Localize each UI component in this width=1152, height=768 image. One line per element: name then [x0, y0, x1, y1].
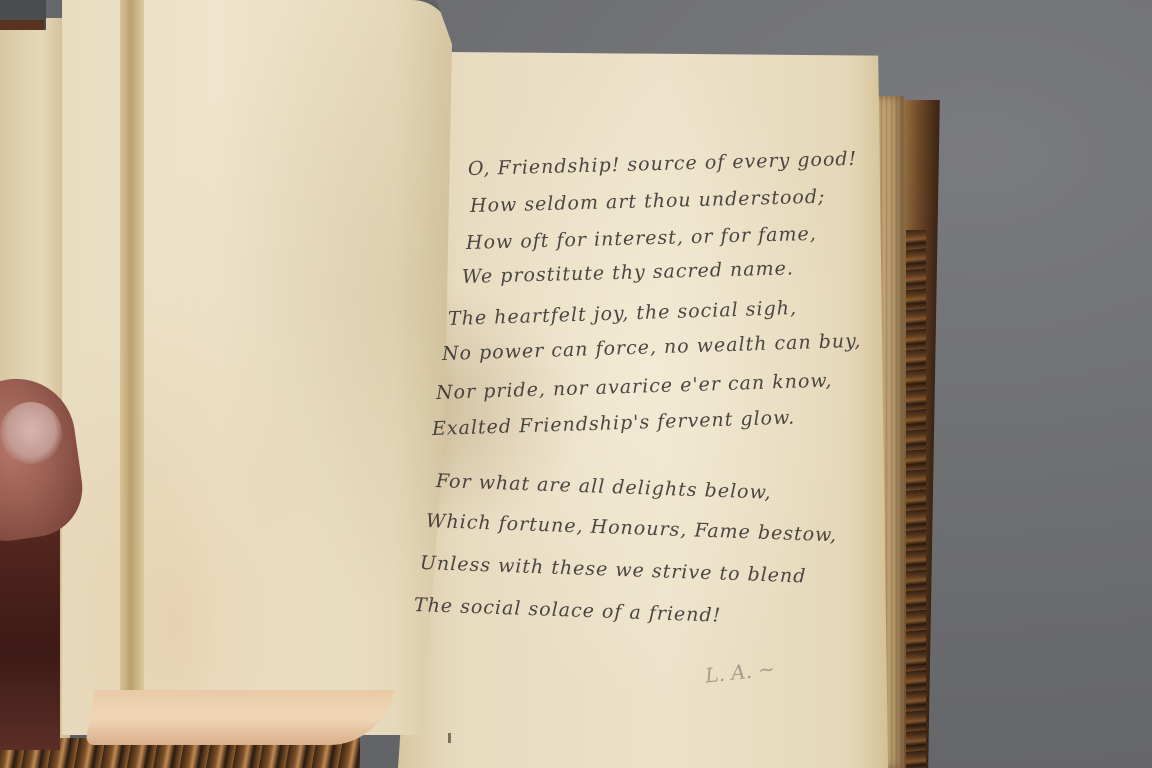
- page-ink-mark: [448, 733, 451, 743]
- left-page-curl: [85, 690, 395, 745]
- marbled-board-edge: [906, 230, 926, 768]
- thumbnail: [0, 402, 62, 464]
- left-page-gutter-stain: [120, 0, 144, 700]
- left-page-blank[interactable]: [62, 0, 452, 735]
- cover-corner: [0, 20, 44, 30]
